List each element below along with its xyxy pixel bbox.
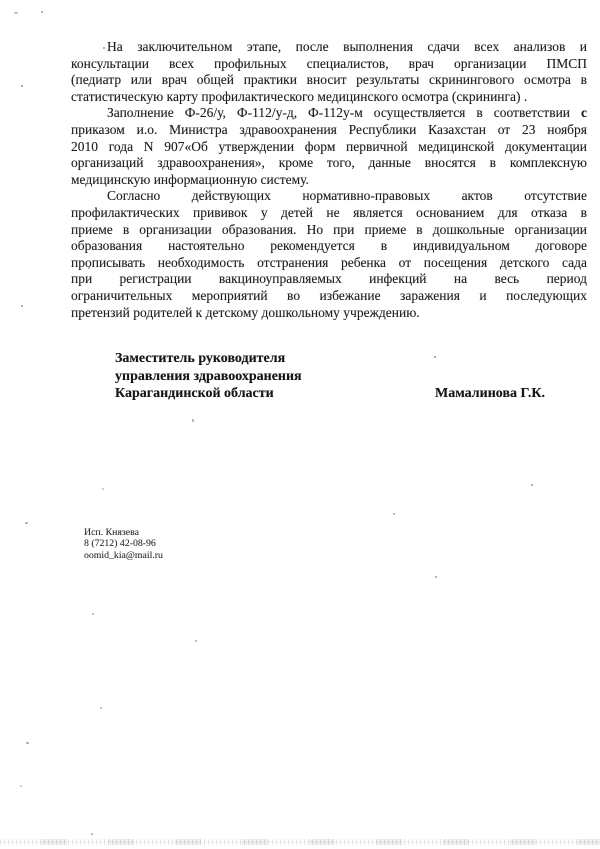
signature-block: Заместитель руководителя управления здра… [115,350,545,403]
scan-speck [434,356,436,358]
scan-speck [393,513,395,515]
scan-speck [21,85,23,87]
body-line: образования настоятельно рекомендуется в… [71,238,587,255]
body-line-text: Заполнение Ф-26/у, Ф-112/у-д, Ф-112у-м о… [107,105,570,120]
scan-speck [91,833,93,835]
scan-speck [100,707,102,709]
executor-name: Исп. Князева [84,527,163,538]
paragraph-forms-filling: Заполнение Ф-26/у, Ф-112/у-д, Ф-112у-м о… [71,105,587,188]
document-page: На заключительном этапе, после выполнени… [0,0,600,849]
scan-speck [195,640,197,642]
signer-title-line: управления здравоохранения [115,368,302,386]
signer-name: Мамалинова Г.К. [435,385,545,403]
body-line: консультации всех профильных специалисто… [71,56,587,73]
scan-speck [192,419,194,422]
scan-speck [102,488,104,490]
scan-speck [20,785,22,787]
scan-noise-band [0,839,600,845]
scan-speck [435,576,437,578]
letter-body: На заключительном этапе, после выполнени… [71,39,587,321]
body-line: статистическую карту профилактического м… [71,89,587,106]
body-line: организаций здравоохранения», кроме того… [71,155,587,172]
scan-speck [41,11,43,13]
scan-speck [88,267,90,269]
scan-speck [25,522,28,524]
scan-speck [103,47,105,49]
body-line: приказом и.о. Министра здравоохранения Р… [71,122,587,139]
executor-email: oomid_kia@mail.ru [84,550,163,561]
body-line: прописывать необходимость отстранения ре… [71,255,587,272]
body-line: Заполнение Ф-26/у, Ф-112/у-д, Ф-112у-м о… [71,105,587,122]
body-line: приеме в организации образования. Но при… [71,222,587,239]
paragraph-final-stage: На заключительном этапе, после выполнени… [71,39,587,105]
body-line: ограничительных мероприятий во избежание… [71,288,587,305]
executor-phone: 8 (7212) 42-08-96 [84,538,163,549]
signer-title: Заместитель руководителя управления здра… [115,350,302,403]
scan-speck [531,484,533,486]
body-line: Согласно действующих нормативно-правовых… [71,188,587,205]
bold-word: с [581,105,587,120]
body-line: медицинскую информационную систему. [71,172,587,189]
body-line: 2010 года N 907«Об утверждении форм перв… [71,139,587,156]
paragraph-vaccination-rules: Согласно действующих нормативно-правовых… [71,188,587,321]
scan-speck [92,613,94,615]
body-line: На заключительном этапе, после выполнени… [71,39,587,56]
scan-speck [21,305,23,307]
body-line: профилактических прививок у детей не явл… [71,205,587,222]
signer-title-line: Заместитель руководителя [115,350,302,368]
scan-speck [26,742,29,744]
body-line: при регистрации вакциноуправляемых инфек… [71,271,587,288]
body-line: претензий родителей к детскому дошкольно… [71,305,587,322]
body-line: (педиатр или врач общей практики вносит … [71,72,587,89]
scan-speck [14,12,18,14]
signer-title-line: Карагандинской области [115,385,302,403]
executor-contact-block: Исп. Князева 8 (7212) 42-08-96 oomid_kia… [84,527,163,561]
